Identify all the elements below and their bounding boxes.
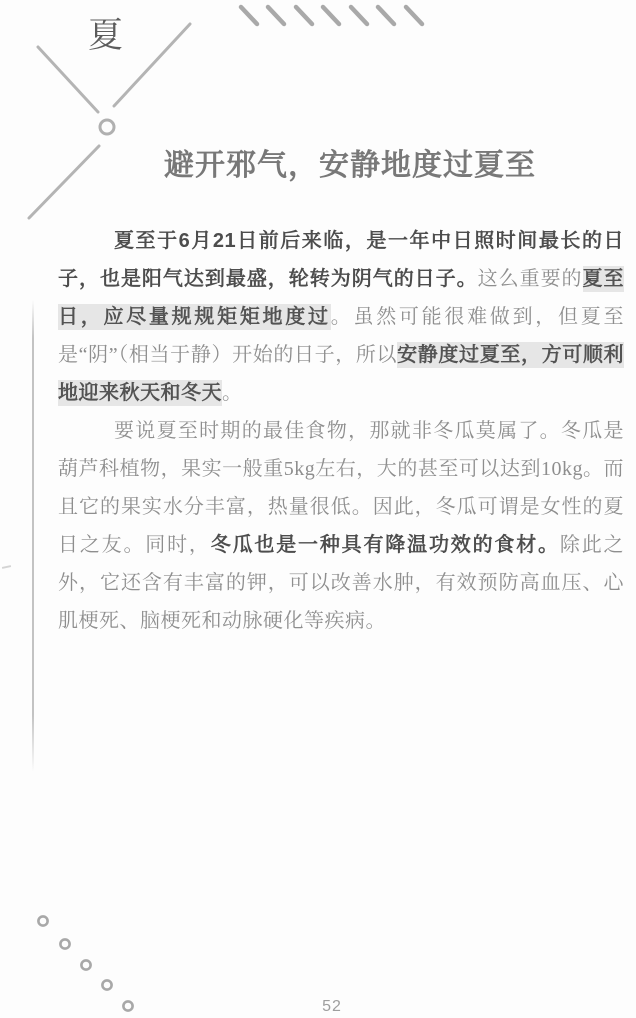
page-title: 避开邪气，安静地度过夏至 [164, 140, 536, 184]
body-text: 夏至于6月21日前后来临，是一年中日照时间最长的日子，也是阳气达到最盛，轮转为阴… [58, 222, 624, 640]
paragraph-summer-solstice: 夏至于6月21日前后来临，是一年中日照时间最长的日子，也是阳气达到最盛，轮转为阴… [58, 222, 624, 412]
dotted-trail-icon [20, 900, 152, 1018]
paragraph-winter-melon: 要说夏至时期的最佳食物，那就非冬瓜莫属了。冬瓜是葫芦科植物，果实一般重5kg左右… [58, 412, 624, 640]
ring-icon [100, 120, 114, 134]
text-segment: 这么重要的 [478, 268, 583, 290]
scan-artifact [2, 565, 11, 569]
margin-fold-line [32, 300, 34, 772]
season-marker: 夏 [88, 18, 123, 53]
hatch-marks-icon [241, 7, 422, 24]
text-segment: 。 [222, 382, 243, 404]
book-page: 夏 避开邪气，安静地度过夏至 夏至于6月21日前后来临，是一年中日照时间最长的日… [0, 0, 636, 1018]
page-number: 52 [322, 998, 342, 1016]
text-segment: 冬瓜也是一种具有降温功效的食材。 [211, 534, 560, 556]
